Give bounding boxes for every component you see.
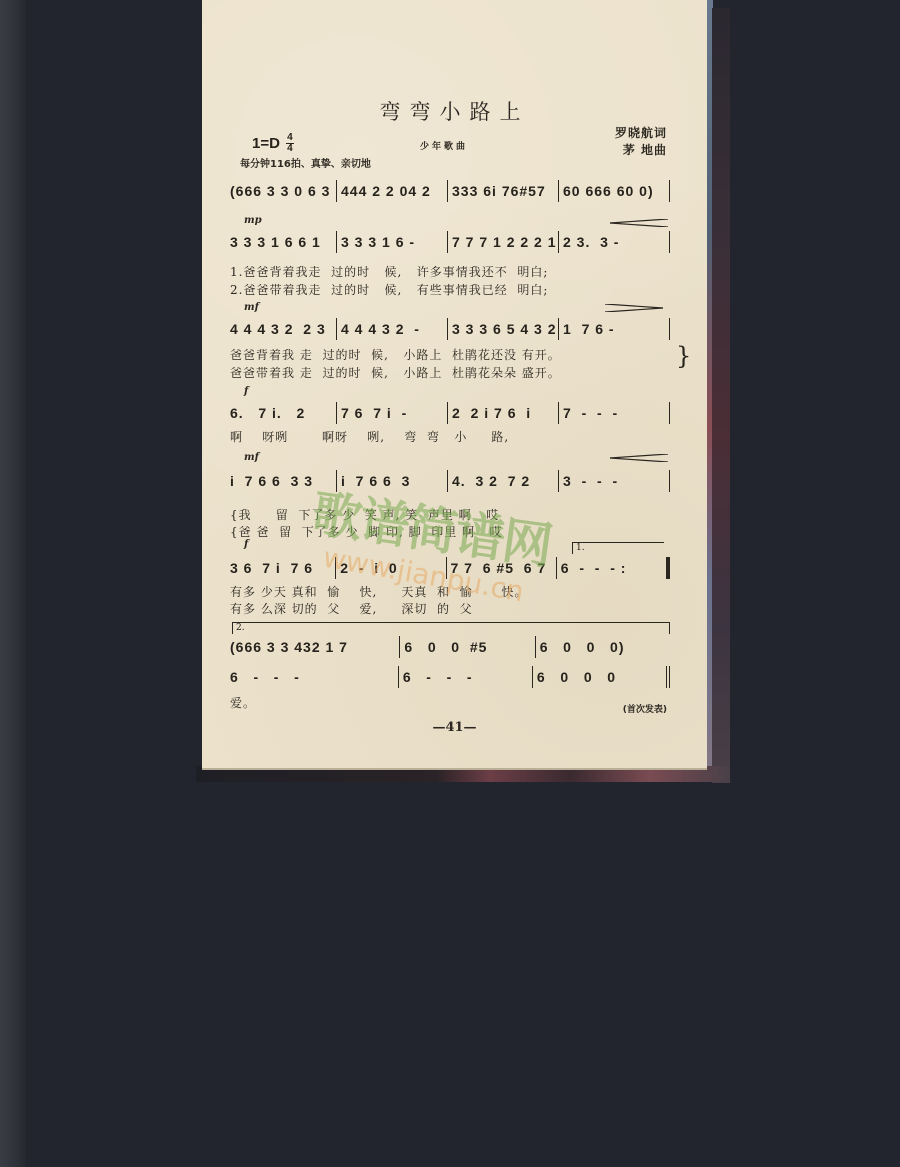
dynamic-mark: mf [244,452,259,463]
measure: 6 0 0 0) [536,636,670,658]
measure: 1 7 6 - [559,318,670,340]
measure: 60 666 60 0) [559,180,670,202]
staff: 3 3 3 1 6 6 1 3 3 3 1 6 - 7 7 7 1 2 2 2 … [230,231,670,253]
key-label: 1=D [252,135,280,152]
scanner-background-edge [0,0,26,1167]
staff: 4 4 4 3 2 2 3 4 4 4 3 2 - 3 3 3 6 5 4 3 … [230,318,670,340]
score-page: 弯弯小路上 1=D 4 4 少年歌曲 每分钟116拍、真挚、亲切地 罗晓航词 茅… [202,0,707,768]
crescendo-hairpin-icon [610,454,668,462]
genre-label: 少年歌曲 [420,139,468,152]
measure: 6 0 0 #5 [400,636,535,658]
staff: (666 3 3 432 1 7 6 0 0 #5 6 0 0 0) [230,636,670,658]
measure: 4 4 4 3 2 2 3 [230,318,337,340]
first-publication-note: (首次发表) [623,702,667,715]
measure: 7 - - - [559,402,670,424]
measure: 6. 7 i. 2 [230,402,337,424]
measure: 333 6i 76#57 [448,180,559,202]
measure: 7 7 6 #5 6 7 [447,557,557,579]
lyric-line-verse-1: 爸爸背着我 走 过的时 候, 小路上 杜鹃花还没 有开。 [230,346,670,363]
lyric-line-verse-2: 有多 么深 切的 父 爱, 深切 的 父 [230,600,670,617]
staff: 3 6 7 i 7 6 2 - i 0 7 7 6 #5 6 7 6 - - -… [230,557,670,579]
measure: 3 3 3 1 6 6 1 [230,231,337,253]
measure: 6 - - - [399,666,533,688]
measure: (666 3 3 0 6 3 [230,180,337,202]
staff: i 7 6 6 3 3 i 7 6 6 3 4. 3 2 7 2 3 - - - [230,470,670,492]
song-title: 弯弯小路上 [202,96,707,126]
time-signature-top: 4 [287,133,293,143]
page-number: —41— [202,720,707,735]
measure: 3 6 7 i 7 6 [230,557,336,579]
lyric-line: 啊 呀咧 啊呀 咧, 弯 弯 小 路, [230,428,670,445]
tempo-marking: 每分钟116拍、真挚、亲切地 [240,155,371,170]
staff: (666 3 3 0 6 3 444 2 2 04 2 333 6i 76#57… [230,180,670,202]
lyricist: 罗晓航词 [615,125,667,142]
measure: 6 - - - [230,666,399,688]
book-cover-spine [712,8,730,783]
key-signature: 1=D 4 4 [252,133,294,154]
composer: 茅 地曲 [615,142,667,159]
measure: 7 6 7 i - [337,402,448,424]
measure: i 7 6 6 3 3 [230,470,337,492]
dynamic-mark: mp [244,215,262,226]
dynamic-mark: f [244,386,248,397]
dynamic-mark: f [244,539,248,550]
measure: 7 7 7 1 2 2 2 1 [448,231,559,253]
lyric-line-verse-1: 1.爸爸背着我走 过的时 候, 许多事情我还不 明白; [230,263,670,280]
measure: 4 4 4 3 2 - [337,318,448,340]
decrescendo-hairpin-icon [605,304,663,312]
measure: 3 - - - [559,470,670,492]
lyric-line: 爱。 [230,694,670,711]
staff: 6. 7 i. 2 7 6 7 i - 2 2 i 7 6 i 7 - - - [230,402,670,424]
measure: 2 3. 3 - [559,231,670,253]
measure: 444 2 2 04 2 [337,180,448,202]
lyric-line-verse-2: 2.爸爸带着我走 过的时 候, 有些事情我已经 明白; [230,281,670,298]
lyric-line-verse-2: 爸爸带着我 走 过的时 候, 小路上 杜鹃花朵朵 盛开。 [230,364,670,381]
measure-final: 6 0 0 0 [533,666,670,688]
measure-repeat-end: 6 - - - : [557,557,670,579]
time-signature-bottom: 4 [287,144,293,154]
crescendo-hairpin-icon [610,219,668,227]
book-cover-bottom [196,766,730,782]
lyric-line-verse-1: {我 留 下了多 少 笑 声, 笑 声里 啊 哎 [230,506,670,523]
measure: 3 3 3 1 6 - [337,231,448,253]
staff: 6 - - - 6 - - - 6 0 0 0 [230,666,670,688]
measure: 3 3 3 6 5 4 3 2 [448,318,559,340]
measure: i 7 6 6 3 [337,470,448,492]
verse-brace: } [676,344,691,368]
lyric-line-verse-2: {爸 爸 留 下了多 少 脚 印, 脚 印里 啊 哎 [230,523,670,540]
measure: 2 - i 0 [336,557,446,579]
first-ending-bracket: 1. [572,542,664,554]
lyric-line-verse-1: 有多 少天 真和 愉 快, 天真 和 愉 快。 [230,583,670,600]
time-signature: 4 4 [286,133,294,154]
second-ending-bracket: 2. [232,622,670,634]
measure: 4. 3 2 7 2 [448,470,559,492]
credits: 罗晓航词 茅 地曲 [615,125,667,159]
dynamic-mark: mf [244,302,259,313]
measure: (666 3 3 432 1 7 [230,636,400,658]
measure: 2 2 i 7 6 i [448,402,559,424]
